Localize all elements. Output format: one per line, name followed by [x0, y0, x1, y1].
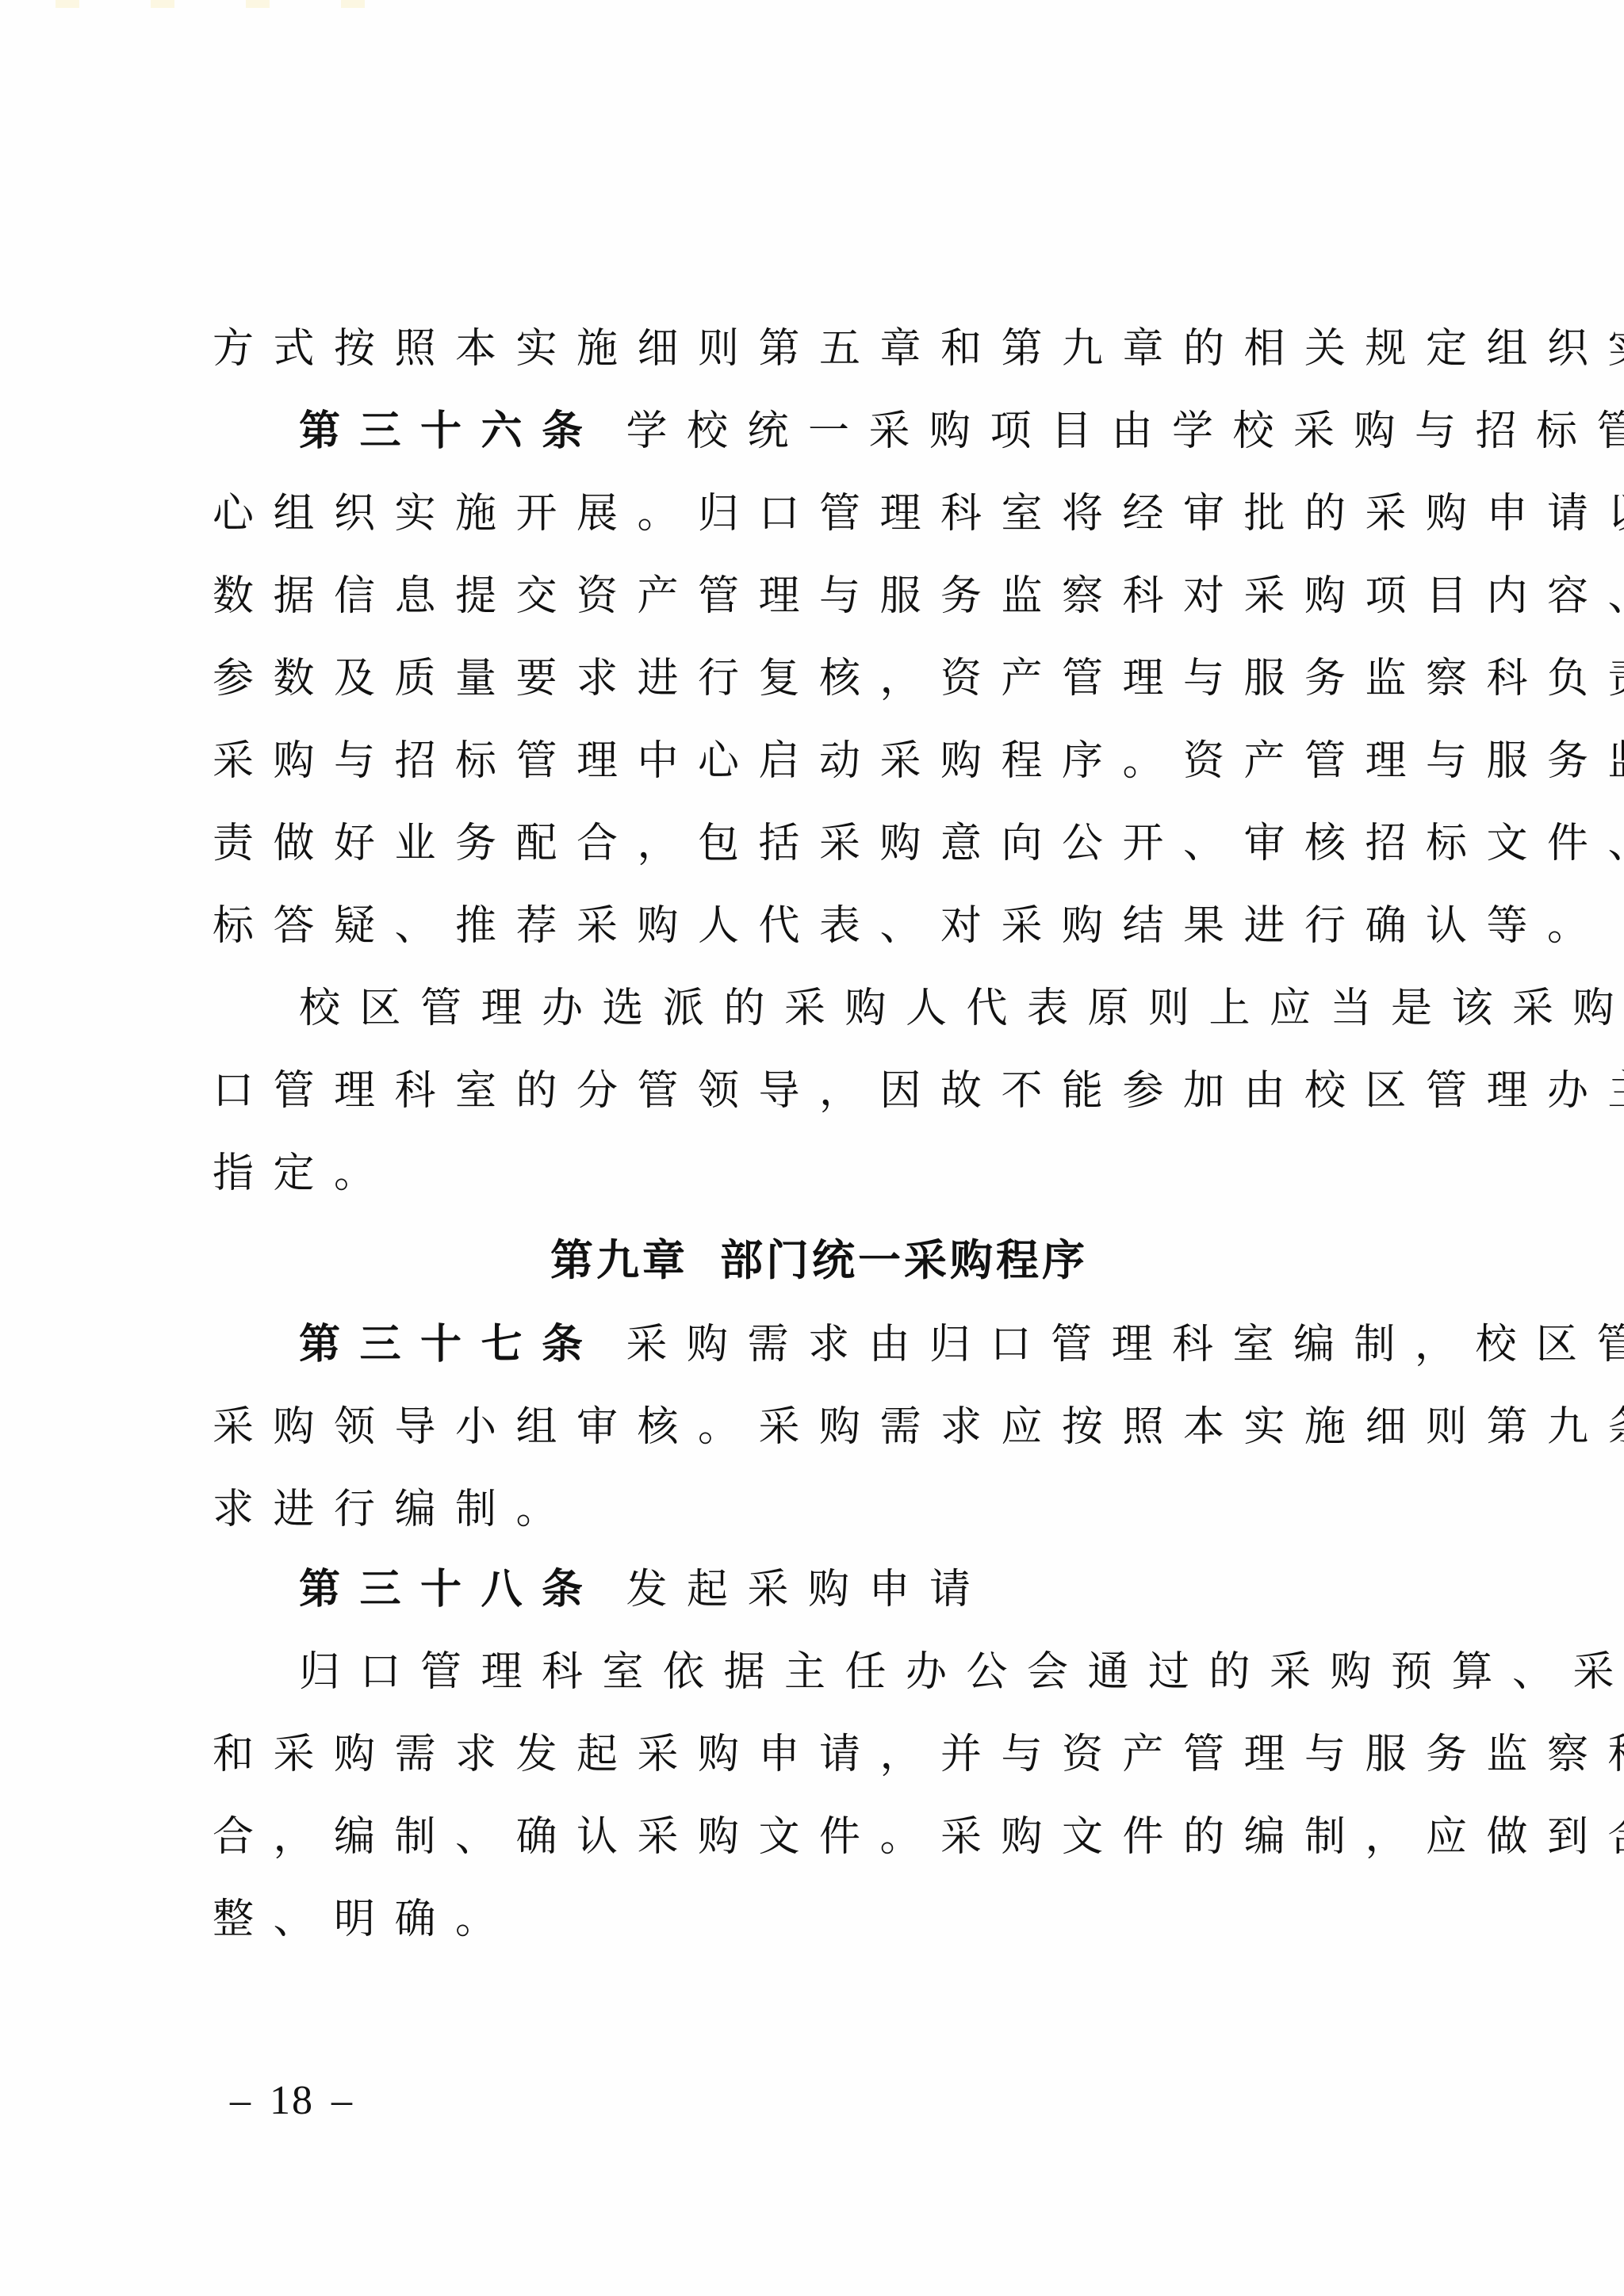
text-span: 心组织实施开展。归口管理科室将经审批的采购申请以及立项	[213, 490, 1624, 538]
paragraph-line: 求进行编制。	[213, 1474, 576, 1545]
chapter-name: 部门统一采购程序	[720, 1235, 1088, 1285]
document-page: 方式按照本实施细则第五章和第九章的相关规定组织实施。 第三十六条学校统一采购项目…	[0, 0, 1624, 2296]
text-span: 数据信息提交资产管理与服务监察科对采购项目内容、交付期、	[213, 572, 1624, 620]
paragraph-line: 心组织实施开展。归口管理科室将经审批的采购申请以及立项	[213, 478, 1624, 549]
paragraph-line: 责做好业务配合，包括采购意向公开、审核招标文件、配合招	[213, 808, 1624, 879]
scan-mark	[151, 0, 174, 8]
scan-artifacts	[0, 0, 1624, 11]
text-span: 合，编制、确认采购文件。采购文件的编制，应做到合规、完	[213, 1813, 1624, 1861]
scan-mark	[246, 0, 270, 8]
text-span: 归口管理科室依据主任办公会通过的采购预算、采购内容	[299, 1648, 1624, 1696]
paragraph-line: 采购与招标管理中心启动采购程序。资产管理与服务监察科负	[213, 725, 1624, 797]
text-span: 口管理科室的分管领导，因故不能参加由校区管理办主任另行	[213, 1067, 1624, 1115]
paragraph-line: 合，编制、确认采购文件。采购文件的编制，应做到合规、完	[213, 1801, 1624, 1873]
article-37-line: 第三十七条采购需求由归口管理科室编制，校区管理办	[299, 1309, 1624, 1380]
paragraph-line: 和采购需求发起采购申请，并与资产管理与服务监察科相互配	[213, 1719, 1624, 1790]
text-span: 和采购需求发起采购申请，并与资产管理与服务监察科相互配	[213, 1731, 1624, 1778]
text-span: 参数及质量要求进行复核，资产管理与服务监察科负责报学校	[213, 655, 1624, 702]
page-number: –18–	[213, 2077, 371, 2124]
text-span: 校区管理办选派的采购人代表原则上应当是该采购项目归	[299, 985, 1624, 1032]
paragraph-line: 口管理科室的分管领导，因故不能参加由校区管理办主任另行	[213, 1055, 1624, 1127]
text-span: 求进行编制。	[213, 1486, 576, 1533]
article-heading: 第三十六条	[299, 408, 603, 455]
text-span: 责做好业务配合，包括采购意向公开、审核招标文件、配合招	[213, 820, 1624, 867]
paragraph-line: 方式按照本实施细则第五章和第九章的相关规定组织实施。	[213, 313, 1624, 385]
text-span: 整、明确。	[213, 1896, 516, 1943]
paragraph-line: 标答疑、推荐采购人代表、对采购结果进行确认等。	[213, 890, 1608, 962]
text-span: 标答疑、推荐采购人代表、对采购结果进行确认等。	[213, 902, 1608, 950]
paragraph-line: 归口管理科室依据主任办公会通过的采购预算、采购内容	[299, 1636, 1624, 1708]
paragraph-line: 整、明确。	[213, 1884, 516, 1955]
dash: –	[331, 2077, 354, 2124]
article-heading: 第三十七条	[299, 1321, 603, 1368]
article-36-line: 第三十六条学校统一采购项目由学校采购与招标管理中	[299, 396, 1624, 467]
text-span: 发起采购申请	[626, 1566, 990, 1613]
chapter-number: 第九章	[550, 1235, 688, 1285]
chapter-title: 第九章部门统一采购程序	[213, 1225, 1426, 1296]
text-span: 指定。	[213, 1150, 395, 1197]
paragraph-line: 数据信息提交资产管理与服务监察科对采购项目内容、交付期、	[213, 561, 1624, 632]
paragraph-line: 采购领导小组审核。采购需求应按照本实施细则第九条相关要	[213, 1391, 1624, 1463]
text-span: 方式按照本实施细则第五章和第九章的相关规定组织实施。	[213, 325, 1624, 373]
text-span: 采购领导小组审核。采购需求应按照本实施细则第九条相关要	[213, 1403, 1624, 1451]
page-number-value: 18	[270, 2078, 314, 2123]
paragraph-line: 指定。	[213, 1138, 395, 1209]
text-span: 采购需求由归口管理科室编制，校区管理办	[626, 1321, 1624, 1368]
article-heading: 第三十八条	[299, 1566, 603, 1613]
scan-mark	[56, 0, 79, 8]
paragraph-line: 校区管理办选派的采购人代表原则上应当是该采购项目归	[299, 973, 1624, 1044]
dash: –	[230, 2077, 252, 2124]
paragraph-line: 参数及质量要求进行复核，资产管理与服务监察科负责报学校	[213, 643, 1624, 714]
text-span: 学校统一采购项目由学校采购与招标管理中	[626, 408, 1624, 455]
scan-mark	[341, 0, 365, 8]
article-38-line: 第三十八条发起采购申请	[299, 1554, 990, 1625]
text-span: 采购与招标管理中心启动采购程序。资产管理与服务监察科负	[213, 737, 1624, 785]
